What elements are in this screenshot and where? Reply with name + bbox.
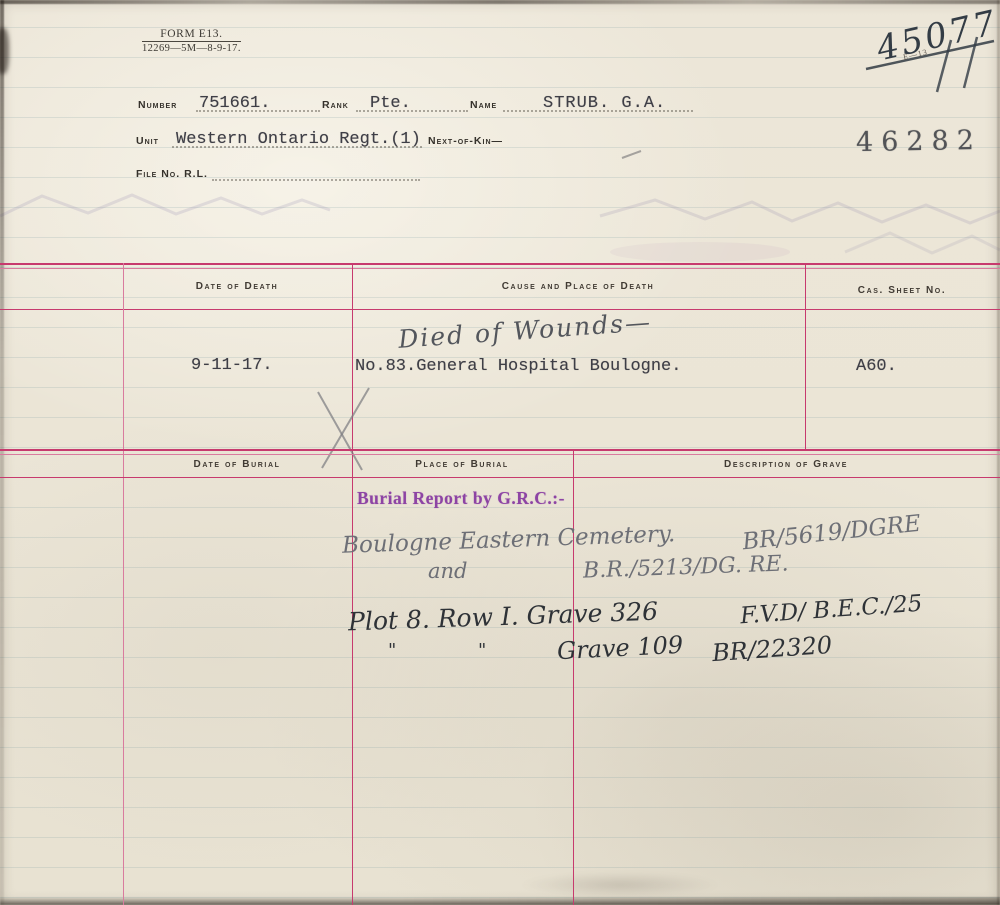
table-rule bbox=[352, 263, 353, 905]
name-label: Name bbox=[470, 99, 497, 111]
handwritten-serial: 45077 bbox=[873, 3, 1000, 70]
next-of-kin-label: Next-of-Kin— bbox=[428, 135, 503, 147]
header-cause-place-of-death: Cause and Place of Death bbox=[502, 281, 655, 292]
table-rule bbox=[0, 309, 1000, 310]
scan-edge-left bbox=[0, 0, 4, 905]
grave-ref-line1: F.V.D/ B.E.C./25 bbox=[739, 591, 923, 630]
form-code-block: FORM E13. 12269—5M—8-9-17. bbox=[142, 28, 241, 54]
cas-sheet-no-value: A60. bbox=[856, 357, 897, 376]
cemetery-and: and bbox=[428, 559, 468, 583]
ditto-mark: " bbox=[478, 640, 486, 661]
stamped-registry-number: 46282 bbox=[856, 125, 982, 158]
cause-of-death-handwritten: Died of Wounds— bbox=[397, 307, 653, 354]
dotted-leader bbox=[172, 146, 422, 148]
cemetery-name-handwritten: Boulogne Eastern Cemetery. bbox=[342, 521, 676, 559]
table-rule bbox=[805, 263, 806, 450]
header-date-of-burial: Date of Burial bbox=[194, 459, 281, 470]
scan-edge-bottom bbox=[0, 897, 1000, 905]
table-rule bbox=[0, 454, 1000, 455]
table-rule bbox=[0, 477, 1000, 478]
dotted-leader bbox=[503, 110, 693, 112]
file-no-label: File No. R.L. bbox=[136, 168, 208, 180]
burial-register-card: FORM E13. 12269—5M—8-9-17. 45077 E—13 46… bbox=[0, 0, 1000, 905]
dotted-leader bbox=[356, 110, 468, 112]
table-rule bbox=[0, 263, 1000, 265]
form-print-ref: 12269—5M—8-9-17. bbox=[142, 42, 241, 54]
number-label: Number bbox=[138, 99, 177, 111]
grave-location-line2: Grave 109 bbox=[556, 631, 683, 666]
header-description-of-grave: Description of Grave bbox=[724, 459, 848, 470]
header-cas-sheet-no: Cas. Sheet No. bbox=[858, 285, 946, 296]
table-rule bbox=[0, 268, 1000, 269]
place-of-death-typed: No.83.General Hospital Boulogne. bbox=[355, 357, 681, 376]
date-of-death-value: 9-11-17. bbox=[191, 356, 273, 375]
form-code: FORM E13. bbox=[142, 28, 241, 42]
scan-corner-mark bbox=[0, 28, 9, 74]
grave-ref-line2: BR/22320 bbox=[711, 631, 833, 667]
unit-label: Unit bbox=[136, 135, 159, 147]
rank-label: Rank bbox=[322, 99, 349, 111]
burial-ref-1: BR/5619/DGRE bbox=[741, 511, 922, 556]
grc-burial-report-stamp: Burial Report by G.R.C.:- bbox=[357, 488, 565, 509]
table-rule bbox=[0, 449, 1000, 451]
grave-location-line1: Plot 8. Row I. Grave 326 bbox=[348, 597, 659, 637]
paper-smudge bbox=[520, 872, 720, 898]
dotted-leader bbox=[196, 110, 320, 112]
header-date-of-death: Date of Death bbox=[196, 281, 279, 292]
ditto-mark: " bbox=[388, 640, 396, 661]
header-place-of-burial: Place of Burial bbox=[415, 459, 509, 470]
burial-ref-2: B.R./5213/DG. RE. bbox=[583, 551, 789, 583]
scan-edge-top bbox=[0, 0, 1000, 4]
table-rule bbox=[573, 449, 574, 905]
dotted-leader bbox=[212, 179, 420, 181]
table-rule bbox=[123, 263, 124, 905]
